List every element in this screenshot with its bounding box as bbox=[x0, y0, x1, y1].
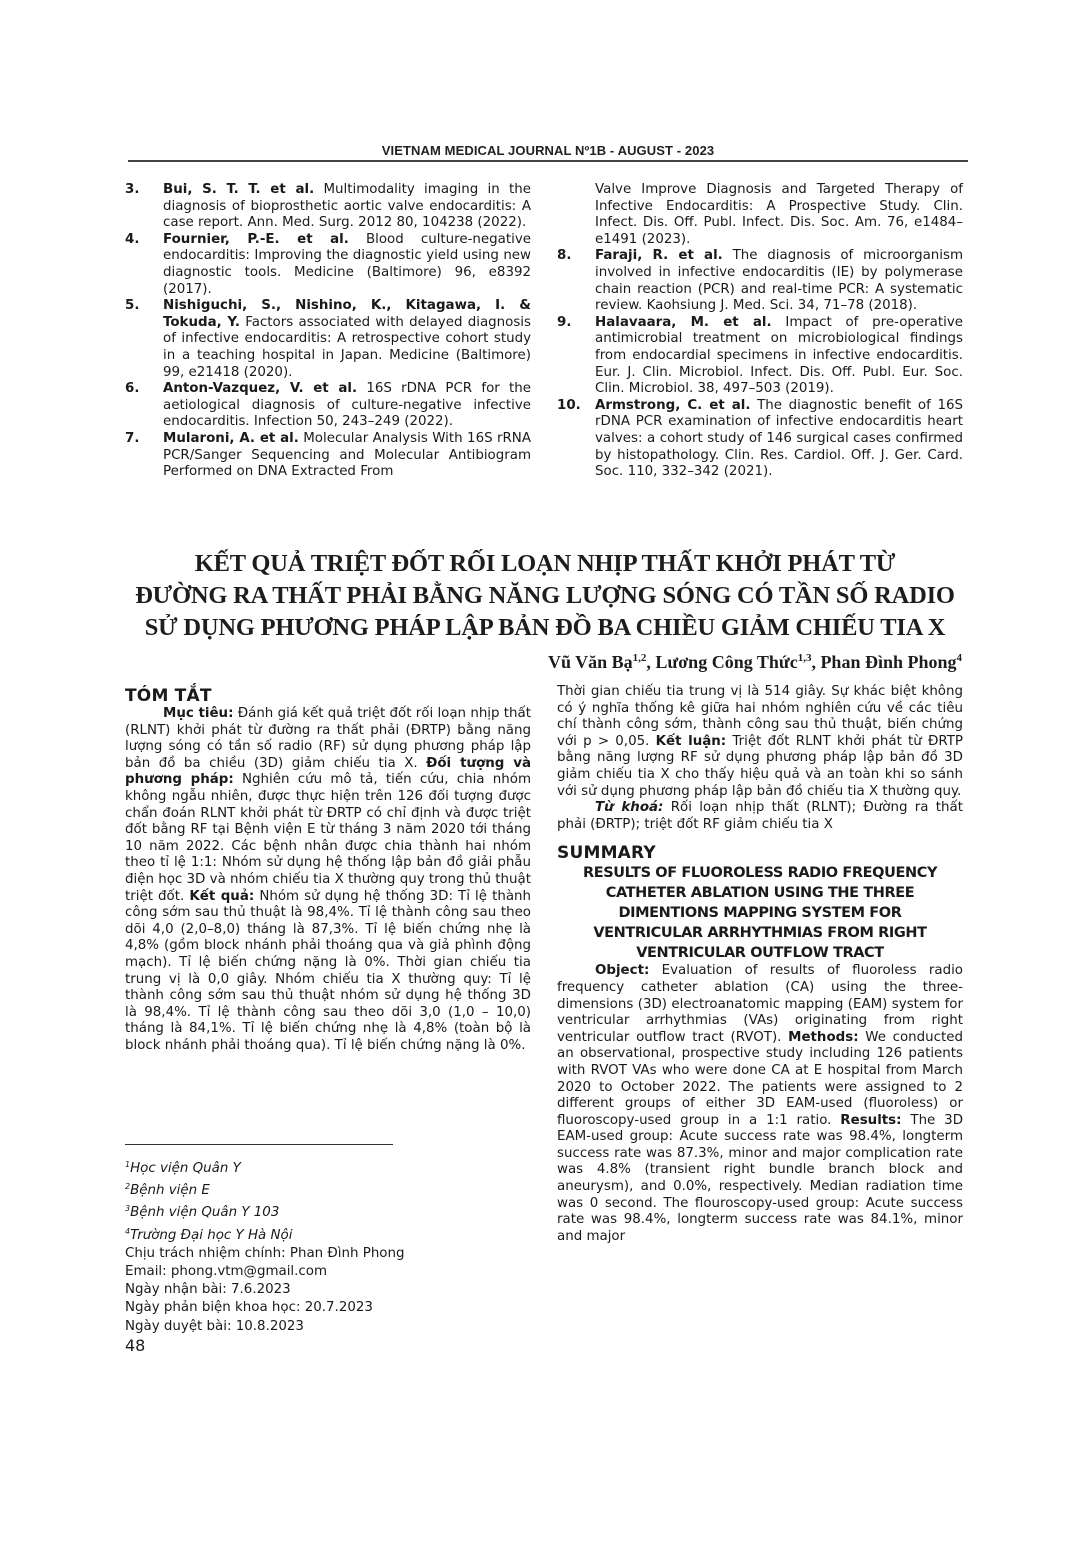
accepted-date: Ngày duyệt bài: 10.8.2023 bbox=[125, 1318, 405, 1336]
section-heading: TÓM TẮT bbox=[125, 686, 531, 706]
keywords: Từ khoá: Rối loạn nhịp thất (RLNT); Đườn… bbox=[557, 800, 963, 833]
reference-item: 9.Halavaara, M. et al. Impact of pre-ope… bbox=[557, 315, 963, 398]
email: Email: phong.vtm@gmail.com bbox=[125, 1263, 405, 1281]
affiliation: 1Học viện Quân Y bbox=[125, 1156, 405, 1178]
summary-paragraph: Object: Evaluation of results of fluorol… bbox=[557, 963, 963, 1245]
abstract-paragraph: Thời gian chiếu tia trung vị là 514 giây… bbox=[557, 684, 963, 800]
abstract-paragraph: Mục tiêu: Đánh giá kết quả triệt đốt rối… bbox=[125, 706, 531, 1054]
footnote-rule bbox=[125, 1144, 393, 1145]
journal-header: VIETNAM MEDICAL JOURNAL Nº1B - AUGUST - … bbox=[128, 143, 968, 158]
reference-item: 7.Mularoni, A. et al. Molecular Analysis… bbox=[125, 431, 531, 481]
abstract-continued: Thời gian chiếu tia trung vị là 514 giây… bbox=[557, 684, 963, 1245]
section-heading: SUMMARY bbox=[557, 843, 963, 863]
reference-item: 4.Fournier, P.-E. et al. Blood culture-n… bbox=[125, 232, 531, 298]
header-rule bbox=[128, 160, 968, 162]
footnotes: 1Học viện Quân Y 2Bệnh viện E 3Bệnh viện… bbox=[125, 1156, 405, 1336]
article-title: KẾT QUẢ TRIỆT ĐỐT RỐI LOẠN NHỊP THẤT KHỞ… bbox=[120, 548, 970, 644]
received-date: Ngày nhận bài: 7.6.2023 bbox=[125, 1281, 405, 1299]
reference-item: 10.Armstrong, C. et al. The diagnostic b… bbox=[557, 398, 963, 481]
corresponding-author: Chịu trách nhiệm chính: Phan Đình Phong bbox=[125, 1245, 405, 1263]
reference-item: 5.Nishiguchi, S., Nishino, K., Kitagawa,… bbox=[125, 298, 531, 381]
references-left: 3.Bui, S. T. T. et al. Multimodality ima… bbox=[125, 182, 531, 481]
author-name: Lương Công Thức bbox=[655, 652, 797, 672]
reference-item: 6.Anton-Vazquez, V. et al. 16S rDNA PCR … bbox=[125, 381, 531, 431]
references-right: Valve Improve Diagnosis and Targeted The… bbox=[557, 182, 963, 481]
page-number: 48 bbox=[125, 1336, 145, 1355]
reference-continuation: Valve Improve Diagnosis and Targeted The… bbox=[557, 182, 963, 248]
affiliation: 3Bệnh viện Quân Y 103 bbox=[125, 1200, 405, 1222]
author-name: Phan Đình Phong bbox=[820, 652, 956, 672]
author-name: Vũ Văn Bạ bbox=[548, 652, 633, 672]
reviewed-date: Ngày phản biện khoa học: 20.7.2023 bbox=[125, 1299, 405, 1317]
affiliation: 4Trường Đại học Y Hà Nội bbox=[125, 1223, 405, 1245]
summary-title: RESULTS OF FLUOROLESS RADIO FREQUENCY CA… bbox=[557, 863, 963, 963]
abstract-vi: TÓM TẮT Mục tiêu: Đánh giá kết quả triệt… bbox=[125, 686, 531, 1054]
author-list: Vũ Văn Bạ1,2, Lương Công Thức1,3, Phan Đ… bbox=[548, 652, 962, 673]
reference-item: 8.Faraji, R. et al. The diagnosis of mic… bbox=[557, 248, 963, 314]
reference-item: 3.Bui, S. T. T. et al. Multimodality ima… bbox=[125, 182, 531, 232]
affiliation: 2Bệnh viện E bbox=[125, 1178, 405, 1200]
